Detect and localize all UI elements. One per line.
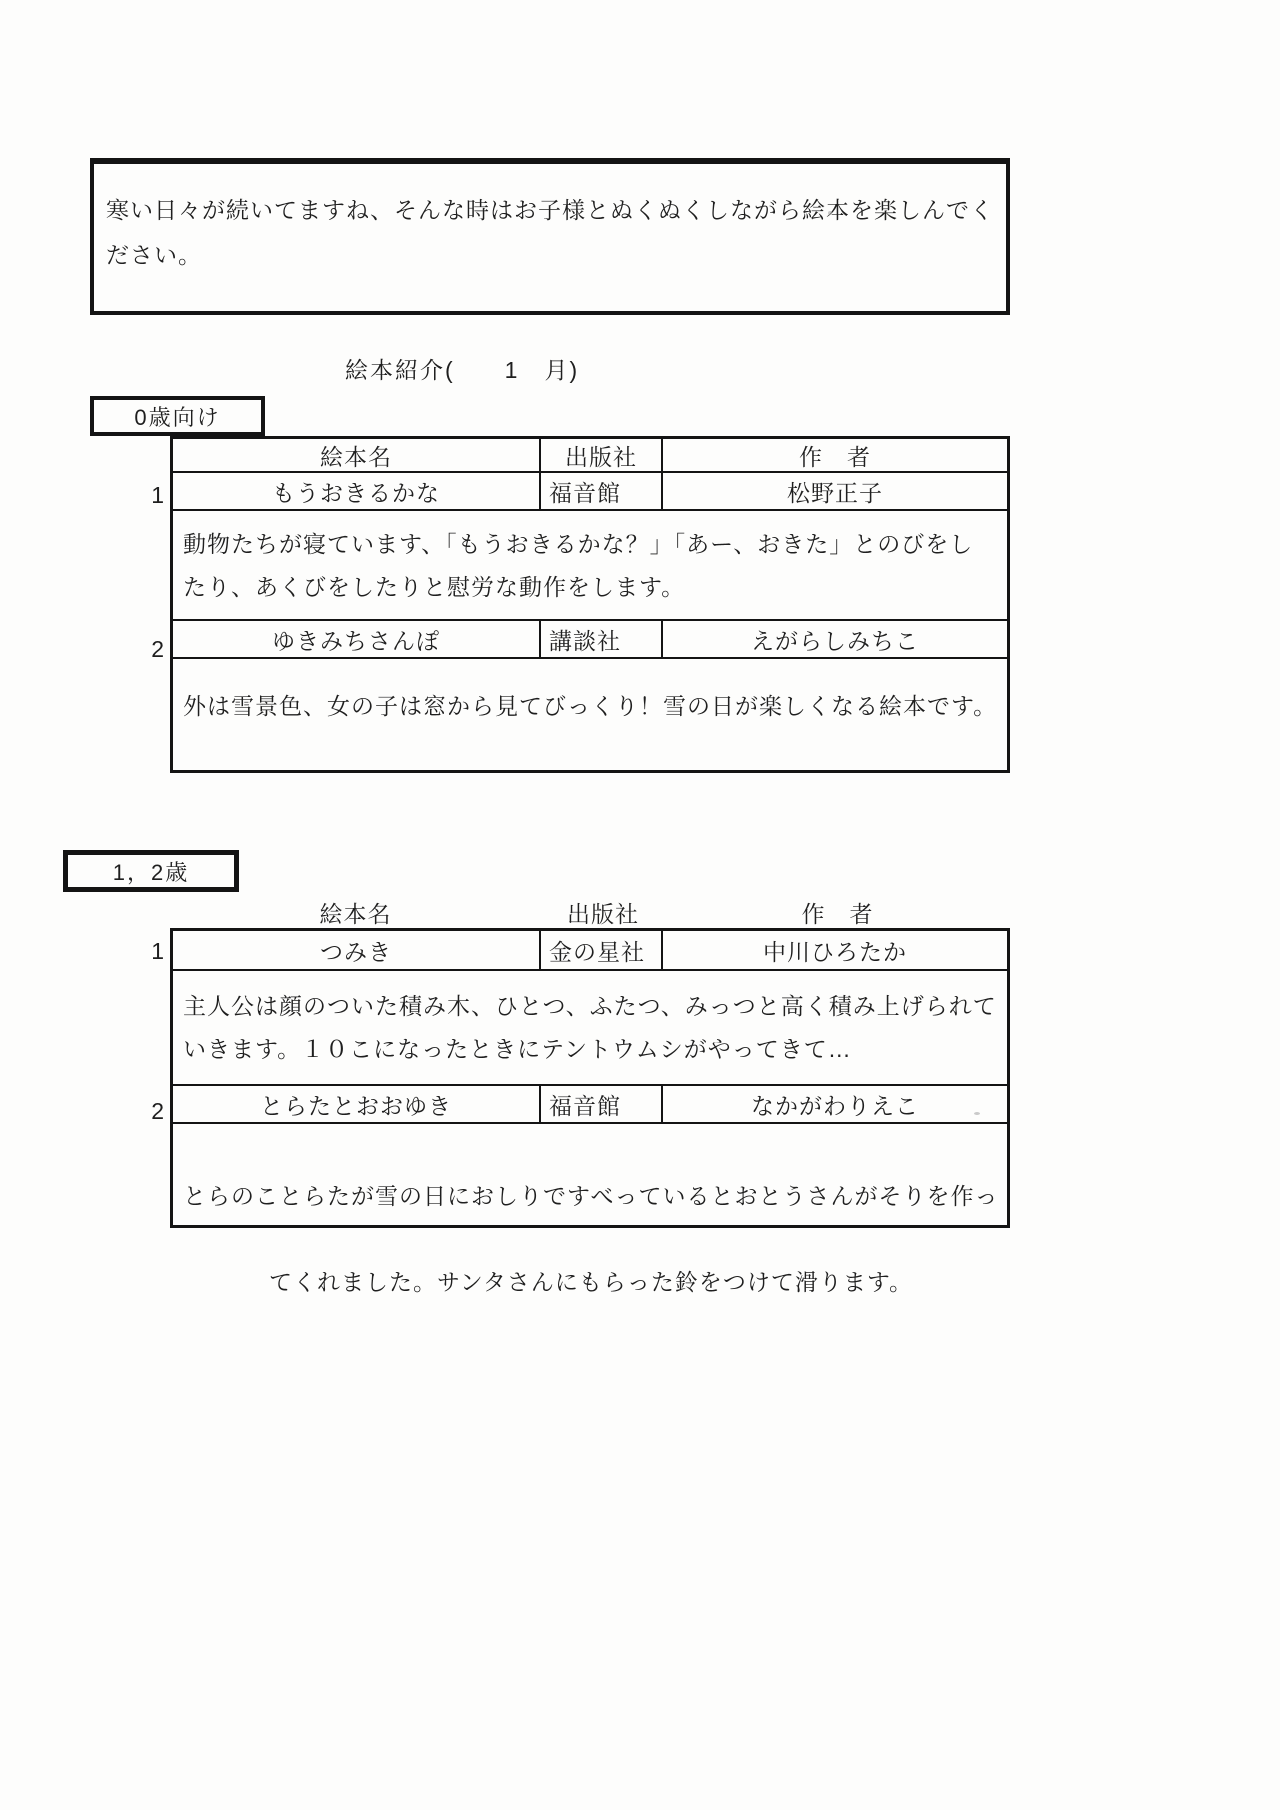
- book-description: 動物たちが寝ています、「もうおきるかな？」「あー、おきた」とのびをし たり、あく…: [173, 511, 1007, 621]
- column-header-author: 作 者: [663, 439, 1007, 471]
- book-publisher: 金の星社: [541, 931, 663, 969]
- table-row: とらたとおおゆき 福音館 なかがわりえこ: [173, 1086, 1007, 1124]
- table-header-row-borderless: 絵本名 出版社 作 者: [170, 896, 1010, 929]
- row-number: 2: [136, 636, 164, 663]
- row-number: 2: [136, 1098, 164, 1125]
- column-header-name: 絵本名: [173, 439, 541, 471]
- book-table-age1-2: つみき 金の星社 中川ひろたか 主人公は顔のついた積み木、ひとつ、ふたつ、みっつ…: [170, 928, 1010, 1228]
- intro-box: 寒い日々が続いてますね、そんな時はお子様とぬくぬくしながら絵本を楽しんでく ださ…: [90, 158, 1010, 315]
- row-number: 1: [136, 482, 164, 509]
- scan-artifact: [974, 1112, 980, 1115]
- page-title: 絵本紹介( 1 月): [345, 352, 579, 385]
- book-description-line2: てくれました。サンタさんにもらった鈴をつけて滑ります。: [183, 1261, 999, 1304]
- table-header-row: 絵本名 出版社 作 者: [173, 439, 1007, 473]
- scanned-document-page: 寒い日々が続いてますね、そんな時はお子様とぬくぬくしながら絵本を楽しんでく ださ…: [0, 0, 1280, 1810]
- book-publisher: 福音館: [541, 1086, 663, 1122]
- book-author: 中川ひろたか: [663, 931, 1007, 969]
- book-author: なかがわりえこ: [663, 1086, 1007, 1122]
- book-author: 松野正子: [663, 473, 1007, 509]
- book-description-line1: とらのことらたが雪の日におしりですべっているとおとうさんがそりを作っ: [183, 1175, 999, 1218]
- book-table-age0: 絵本名 出版社 作 者 もうおきるかな 福音館 松野正子 動物たちが寝ています、…: [170, 436, 1010, 773]
- book-description: とらのことらたが雪の日におしりですべっているとおとうさんがそりを作っ てくれまし…: [173, 1124, 1007, 1225]
- book-name: もうおきるかな: [173, 473, 541, 509]
- table-row: つみき 金の星社 中川ひろたか: [173, 931, 1007, 971]
- book-publisher: 福音館: [541, 473, 663, 509]
- book-description: 主人公は顔のついた積み木、ひとつ、ふたつ、みっつと高く積み上げられて いきます。…: [173, 971, 1007, 1086]
- column-header-name: 絵本名: [170, 896, 541, 929]
- book-name: とらたとおおゆき: [173, 1086, 541, 1122]
- table-row: もうおきるかな 福音館 松野正子: [173, 473, 1007, 511]
- book-description: 外は雪景色、女の子は窓から見てびっくり！雪の日が楽しくなる絵本です。: [173, 659, 1007, 770]
- book-author: えがらしみちこ: [663, 621, 1007, 657]
- intro-text: 寒い日々が続いてますね、そんな時はお子様とぬくぬくしながら絵本を楽しんでく ださ…: [106, 188, 996, 278]
- column-header-publisher: 出版社: [541, 439, 663, 471]
- column-header-author: 作 者: [665, 896, 1010, 929]
- book-name: ゆきみちさんぽ: [173, 621, 541, 657]
- section-label-age1-2: 1，2歳: [63, 850, 239, 892]
- table-row: ゆきみちさんぽ 講談社 えがらしみちこ: [173, 621, 1007, 659]
- column-header-publisher: 出版社: [541, 896, 665, 929]
- row-number: 1: [136, 938, 164, 965]
- book-name: つみき: [173, 931, 541, 969]
- section-label-age0: 0歳向け: [90, 396, 265, 436]
- scan-artifact: [828, 211, 832, 215]
- book-publisher: 講談社: [541, 621, 663, 657]
